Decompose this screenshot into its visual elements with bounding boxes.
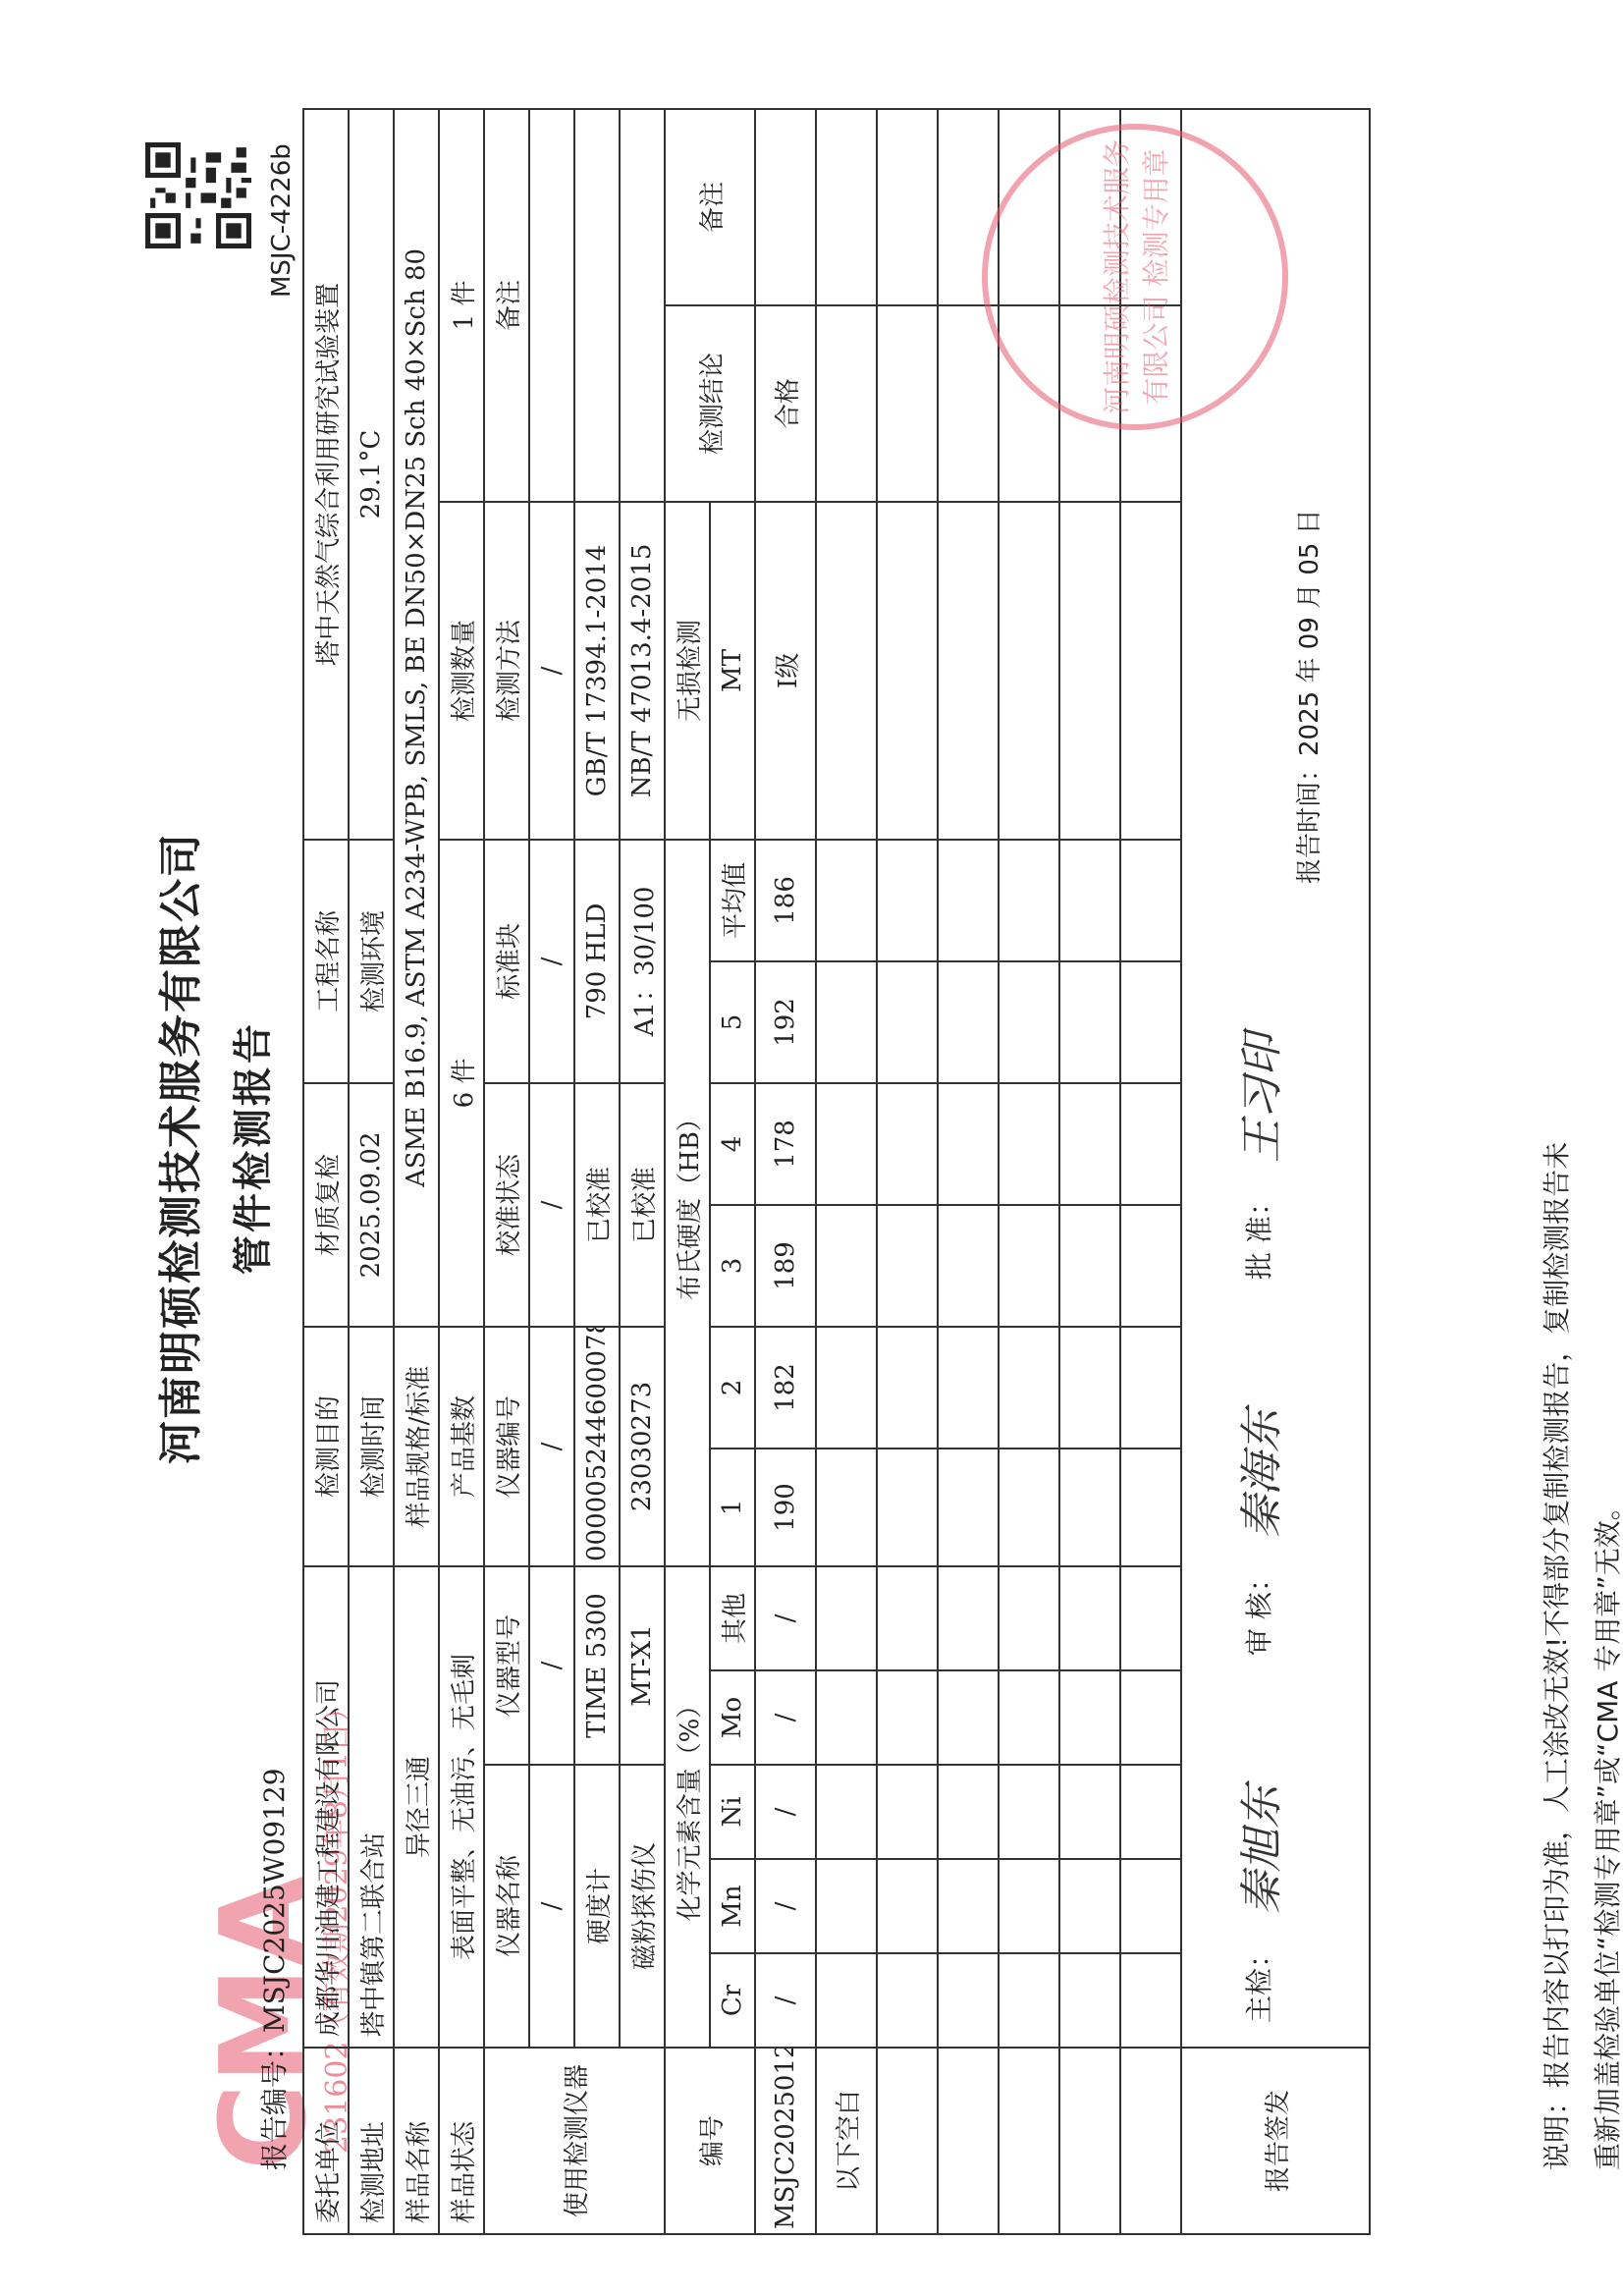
sample-id-cell <box>938 2048 999 2234</box>
empty-cell <box>999 1859 1059 1953</box>
hardness-cell <box>816 840 877 961</box>
qr-caption: MSJC-4226b <box>267 143 297 298</box>
remark-cell <box>755 109 816 305</box>
ndt-cell <box>999 502 1059 840</box>
date-value: 2025.09.02 <box>349 1083 394 1327</box>
hardness-cell <box>816 1327 877 1449</box>
report-time-label: 报告时间： <box>1295 756 1325 884</box>
site-value: 塔中镇第二联合站 <box>349 1566 394 2048</box>
chem-cell: / <box>755 1566 816 1670</box>
row-status: 样品状态 表面平整、无油污、无毛刺 产品基数 6 件 检测数量 1 件 <box>439 109 484 2234</box>
report-time-value: 2025 年 09 月 05 日 <box>1295 509 1325 756</box>
empty-cell <box>1120 1859 1181 1953</box>
note-line-1: 说明：报告内容以打印为准，人工涂改无效!不得部分复制检测报告，复制检测报告未 <box>1532 638 1583 2170</box>
sample-id-cell <box>1059 2048 1120 2234</box>
empty-cell <box>1120 1953 1181 2048</box>
empty-row <box>877 109 938 2234</box>
qr-code-icon <box>145 142 251 248</box>
report-issue-label: 报告签发 <box>1181 2048 1370 2234</box>
conclusion-cell <box>877 305 938 502</box>
sample-id-cell <box>877 2048 938 2234</box>
spec-value: ASME B16.9, ASTM A234-WPB, SMLS, BE DN50… <box>394 109 439 1327</box>
chem-cell: / <box>755 1953 816 2048</box>
empty-cell <box>1059 1327 1120 1449</box>
instr-col-block: 标准块 <box>484 840 529 1083</box>
hardness-cell <box>816 961 877 1083</box>
sample-id-cell <box>1120 2048 1181 2234</box>
sample-name-value: 异径三通 <box>394 1566 439 2048</box>
remark-cell <box>877 109 938 305</box>
reviewer-label: 审 核： <box>1238 1564 1277 1656</box>
ndt-cell <box>816 502 877 840</box>
report-number-value: MSJC2025W09129 <box>258 1768 291 2033</box>
conclusion-cell <box>938 305 999 502</box>
client-label: 委托单位 <box>303 2048 349 2234</box>
empty-cell <box>877 840 938 961</box>
empty-cell <box>999 1449 1059 1566</box>
empty-cell <box>999 1083 1059 1205</box>
company-name: 河南明硕检测技术服务有限公司 <box>145 0 208 2296</box>
instrument-header-row: 使用检测仪器 仪器名称 仪器型号 仪器编号 校准状态 标准块 检测方法 备注 <box>484 109 529 2234</box>
empty-cell <box>877 1953 938 2048</box>
conclusion-header: 检测结论 <box>665 305 755 502</box>
empty-cell <box>938 1670 999 1765</box>
chem-cell <box>816 1670 877 1765</box>
status-value: 表面平整、无油污、无毛刺 <box>439 1566 484 2048</box>
empty-cell <box>999 961 1059 1083</box>
hardness-group-header: 布氏硬度（HB） <box>665 840 710 1566</box>
test-qty-value: 1 件 <box>439 109 484 502</box>
chem-cell: / <box>755 1765 816 1859</box>
env-label: 检测环境 <box>349 840 394 1083</box>
row-client: 委托单位 成都华川油建工程建设有限公司 检测目的 材质复检 工程名称 塔中天然气… <box>303 109 349 2234</box>
official-seal: 河南明硕检测技术服务有限公司 检测专用章 <box>982 124 1288 430</box>
empty-cell <box>1120 1566 1181 1670</box>
hardness-cell: 186 <box>755 840 816 961</box>
hardness-cell <box>816 1083 877 1205</box>
remark-header: 备注 <box>665 109 755 305</box>
result-row: 以下空白 <box>816 109 877 2234</box>
empty-cell <box>938 1327 999 1449</box>
signature-block: 主检： 秦旭东 审 核： 秦海东 批 准： 王习印 <box>1226 114 1289 2043</box>
approver-label: 批 准： <box>1238 1188 1277 1280</box>
empty-cell <box>1059 1449 1120 1566</box>
sample-id-cell <box>999 2048 1059 2234</box>
empty-cell <box>1120 1327 1181 1449</box>
approver-signature: 王习印 <box>1226 1033 1289 1163</box>
purpose-value: 材质复检 <box>303 1083 349 1327</box>
empty-cell <box>1059 1953 1120 2048</box>
empty-cell <box>938 1859 999 1953</box>
instr-col-model: 仪器型号 <box>484 1566 529 1765</box>
instruments-group-label: 使用检测仪器 <box>484 2048 665 2234</box>
instrument-row: 磁粉探伤仪 MT-X1 23030273 已校准 A1：30/100 NB/T … <box>620 109 665 2234</box>
hardness-cell <box>816 1205 877 1327</box>
reviewer-signature: 秦海东 <box>1226 1409 1289 1539</box>
empty-cell <box>999 1327 1059 1449</box>
empty-cell <box>1059 1566 1120 1670</box>
empty-cell <box>877 1083 938 1205</box>
empty-cell <box>1120 1083 1181 1205</box>
empty-cell <box>1059 840 1120 961</box>
chem-cell: / <box>755 1859 816 1953</box>
date-label: 检测时间 <box>349 1327 394 1566</box>
instr-col-remark: 备注 <box>484 109 529 502</box>
chem-cell <box>816 1566 877 1670</box>
ndt-cell <box>877 502 938 840</box>
empty-cell <box>938 961 999 1083</box>
ndt-cell: I级 <box>755 502 816 840</box>
row-site: 检测地址 塔中镇第二联合站 检测时间 2025.09.02 检测环境 29.1°… <box>349 109 394 2234</box>
chem-group-header: 化学元素含量（%） <box>665 1566 710 2048</box>
empty-cell <box>938 840 999 961</box>
empty-cell <box>938 1953 999 2048</box>
hardness-cell: 178 <box>755 1083 816 1205</box>
chem-cell <box>816 1859 877 1953</box>
chem-cell: / <box>755 1670 816 1765</box>
hardness-cell: 190 <box>755 1449 816 1566</box>
empty-cell <box>999 1205 1059 1327</box>
empty-cell <box>1059 1205 1120 1327</box>
empty-cell <box>877 1205 938 1327</box>
sample-id-cell: 以下空白 <box>816 2048 877 2234</box>
ndt-cell <box>1059 502 1120 840</box>
project-value: 塔中天然气综合利用研究试验装置 <box>303 109 349 840</box>
empty-cell <box>938 1765 999 1859</box>
empty-cell <box>1120 1670 1181 1765</box>
test-qty-label: 检测数量 <box>439 502 484 840</box>
empty-cell <box>1120 961 1181 1083</box>
conclusion-cell <box>816 305 877 502</box>
instr-col-method: 检测方法 <box>484 502 529 840</box>
empty-cell <box>877 1765 938 1859</box>
empty-cell <box>877 1859 938 1953</box>
results-header-row-1: 编号 化学元素含量（%） 布氏硬度（HB） 无损检测 检测结论 备注 <box>665 109 710 2234</box>
empty-cell <box>1120 840 1181 961</box>
instr-col-calib: 校准状态 <box>484 1083 529 1327</box>
hardness-cell: 192 <box>755 961 816 1083</box>
empty-cell <box>1059 961 1120 1083</box>
empty-cell <box>938 1566 999 1670</box>
empty-cell <box>938 1449 999 1566</box>
hardness-cell: 189 <box>755 1205 816 1327</box>
inspector-signature: 秦旭东 <box>1226 1785 1289 1915</box>
base-qty-label: 产品基数 <box>439 1327 484 1566</box>
purpose-label: 检测目的 <box>303 1327 349 1566</box>
empty-row <box>938 109 999 2234</box>
empty-cell <box>999 1566 1059 1670</box>
id-col-header: 编号 <box>665 2048 755 2234</box>
inspector-label: 主检： <box>1238 1941 1277 2023</box>
ndt-group-header: 无损检测 <box>665 502 710 840</box>
result-row: MSJC20250129/////190182189178192186I级合格 <box>755 109 816 2234</box>
base-qty-value: 6 件 <box>439 840 484 1327</box>
hardness-cell: 182 <box>755 1327 816 1449</box>
instr-col-number: 仪器编号 <box>484 1327 529 1566</box>
sample-id-cell: MSJC20250129 <box>755 2048 816 2234</box>
instr-col-name: 仪器名称 <box>484 1765 529 2048</box>
hardness-cell <box>816 1449 877 1566</box>
client-value: 成都华川油建工程建设有限公司 <box>303 1566 349 2048</box>
empty-cell <box>877 1327 938 1449</box>
empty-cell <box>938 1083 999 1205</box>
empty-cell <box>999 1953 1059 2048</box>
row-sample: 样品名称 异径三通 样品规格/标准 ASME B16.9, ASTM A234-… <box>394 109 439 2234</box>
empty-cell <box>938 1205 999 1327</box>
empty-cell <box>877 1566 938 1670</box>
report-number-label: 报告编号： <box>258 2033 291 2170</box>
sample-name-label: 样品名称 <box>394 2048 439 2234</box>
report-table: 委托单位 成都华川油建工程建设有限公司 检测目的 材质复检 工程名称 塔中天然气… <box>302 108 1371 2235</box>
remark-cell <box>816 109 877 305</box>
empty-cell <box>1059 1765 1120 1859</box>
status-label: 样品状态 <box>439 2048 484 2234</box>
empty-cell <box>1059 1670 1120 1765</box>
empty-cell <box>999 1765 1059 1859</box>
note-line-2: 重新加盖检验单位“检测专用章”或“CMA 专用章”无效。 <box>1583 638 1623 2170</box>
instrument-row: / / / / / / <box>529 109 574 2234</box>
env-value: 29.1°C <box>349 109 394 840</box>
notes: 说明：报告内容以打印为准，人工涂改无效!不得部分复制检测报告，复制检测报告未 重… <box>1532 638 1623 2170</box>
report-time: 报告时间：2025 年 09 月 05 日 <box>1289 114 1325 2043</box>
chem-cell <box>816 1765 877 1859</box>
project-label: 工程名称 <box>303 840 349 1083</box>
empty-cell <box>1059 1083 1120 1205</box>
spec-label: 样品规格/标准 <box>394 1327 439 1566</box>
report-sheet: CMA 231602（有效期2029年8月1日） 河南明硕检测技术服务有限公司 … <box>0 0 1623 2296</box>
empty-cell <box>877 1449 938 1566</box>
chem-cell <box>816 1953 877 2048</box>
empty-cell <box>1059 1859 1120 1953</box>
empty-cell <box>999 840 1059 961</box>
empty-cell <box>877 1670 938 1765</box>
ndt-cell <box>938 502 999 840</box>
empty-cell <box>1120 1205 1181 1327</box>
conclusion-cell: 合格 <box>755 305 816 502</box>
empty-cell <box>999 1670 1059 1765</box>
empty-cell <box>877 961 938 1083</box>
report-number: 报告编号：MSJC2025W09129 <box>253 1768 293 2170</box>
signature-row: 报告签发 主检： 秦旭东 审 核： 秦海东 批 准： 王习印 报告时间：2025… <box>1181 109 1370 2234</box>
ndt-cell <box>1120 502 1181 840</box>
empty-row <box>999 109 1059 2234</box>
empty-cell <box>1120 1449 1181 1566</box>
instrument-row: 硬度计 TIME 5300 000005244600078 已校准 790 HL… <box>574 109 620 2234</box>
empty-cell <box>1120 1765 1181 1859</box>
site-label: 检测地址 <box>349 2048 394 2234</box>
